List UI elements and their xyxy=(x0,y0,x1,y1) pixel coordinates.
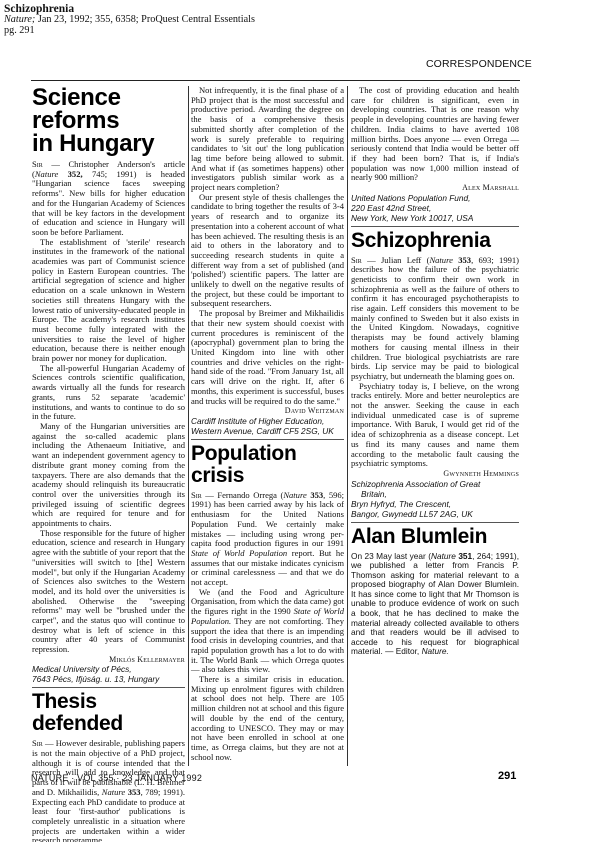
headline-science-reforms: Science reforms in Hungary xyxy=(32,86,185,155)
citation-header: Schizophrenia Nature; Jan 23, 1992; 355,… xyxy=(4,3,255,36)
column-divider-2 xyxy=(347,86,348,766)
science-reforms-p3: The all-powerful Hungarian Academy of Sc… xyxy=(32,364,185,422)
signature-weitzman: David Weitzman xyxy=(191,406,344,416)
population-crisis-p4: The cost of providing education and heal… xyxy=(351,86,519,183)
column-2-content: Not infrequently, it is the final phase … xyxy=(191,86,344,762)
citation-source: Nature; Jan 23, 1992; 355, 6358; ProQues… xyxy=(4,15,255,26)
population-crisis-p2: We (and the Food and Agriculture Organis… xyxy=(191,588,344,675)
page-number: 291 xyxy=(498,770,516,782)
top-rule xyxy=(31,80,520,81)
headline-alan-blumlein: Alan Blumlein xyxy=(351,526,519,548)
footer-issue-info: NATURE · VOL 355 · 23 JANUARY 1992 xyxy=(31,773,202,783)
article-divider xyxy=(351,522,519,523)
thesis-defended-p3: Our present style of thesis challenges t… xyxy=(191,193,344,309)
science-reforms-p5: Those responsible for the future of high… xyxy=(32,529,185,655)
signature-kellermayer: Miklós Kellermayer xyxy=(32,655,185,665)
thesis-defended-p2: Not infrequently, it is the final phase … xyxy=(191,86,344,193)
signature-marshall: Alex Marshall xyxy=(351,183,519,193)
address-marshall: United Nations Population Fund,220 East … xyxy=(351,193,519,223)
article-divider xyxy=(32,687,185,688)
thesis-defended-p4: The proposal by Breimer and Mikhailidis … xyxy=(191,309,344,406)
citation-page: pg. 291 xyxy=(4,26,255,37)
schizophrenia-p2: Psychiatry today is, I believe, on the w… xyxy=(351,382,519,469)
address-hemmings: Schizophrenia Association of GreatBritai… xyxy=(351,479,519,519)
article-divider xyxy=(191,439,344,440)
address-kellermayer: Medical University of Pécs,7643 Pécs, If… xyxy=(32,664,185,684)
column-3: The cost of providing education and heal… xyxy=(351,86,519,657)
section-label: CORRESPONDENCE xyxy=(426,58,532,70)
alan-blumlein-p1: On 23 May last year (Nature 351, 264; 19… xyxy=(351,552,519,658)
article-divider xyxy=(351,226,519,227)
column-1: Science reforms in Hungary Sir — Christo… xyxy=(32,86,185,842)
science-reforms-p1: Sir — Christopher Anderson's article (Na… xyxy=(32,160,185,238)
column-divider-1 xyxy=(188,86,189,766)
thesis-defended-p1: Sir — However desirable, publishing pape… xyxy=(32,739,185,842)
citation-details: Jan 23, 1992; 355, 6358; ProQuest Centra… xyxy=(35,14,255,25)
headline-schizophrenia: Schizophrenia xyxy=(351,230,519,252)
citation-journal: Nature; xyxy=(4,14,35,25)
science-reforms-p2: The establishment of 'sterile' research … xyxy=(32,238,185,364)
address-weitzman: Cardiff Institute of Higher Education,We… xyxy=(191,416,344,436)
headline-population-crisis: Population crisis xyxy=(191,443,344,487)
science-reforms-p4: Many of the Hungarian universities are a… xyxy=(32,422,185,529)
headline-thesis-defended: Thesis defended xyxy=(32,691,185,735)
population-crisis-p3: There is a similar crisis in education. … xyxy=(191,675,344,762)
schizophrenia-p1: Sir — Julian Leff (Nature 353, 693; 1991… xyxy=(351,256,519,382)
population-crisis-p1: Sir — Fernando Orrega (Nature 353, 596; … xyxy=(191,491,344,588)
signature-hemmings: Gwynneth Hemmings xyxy=(351,469,519,479)
